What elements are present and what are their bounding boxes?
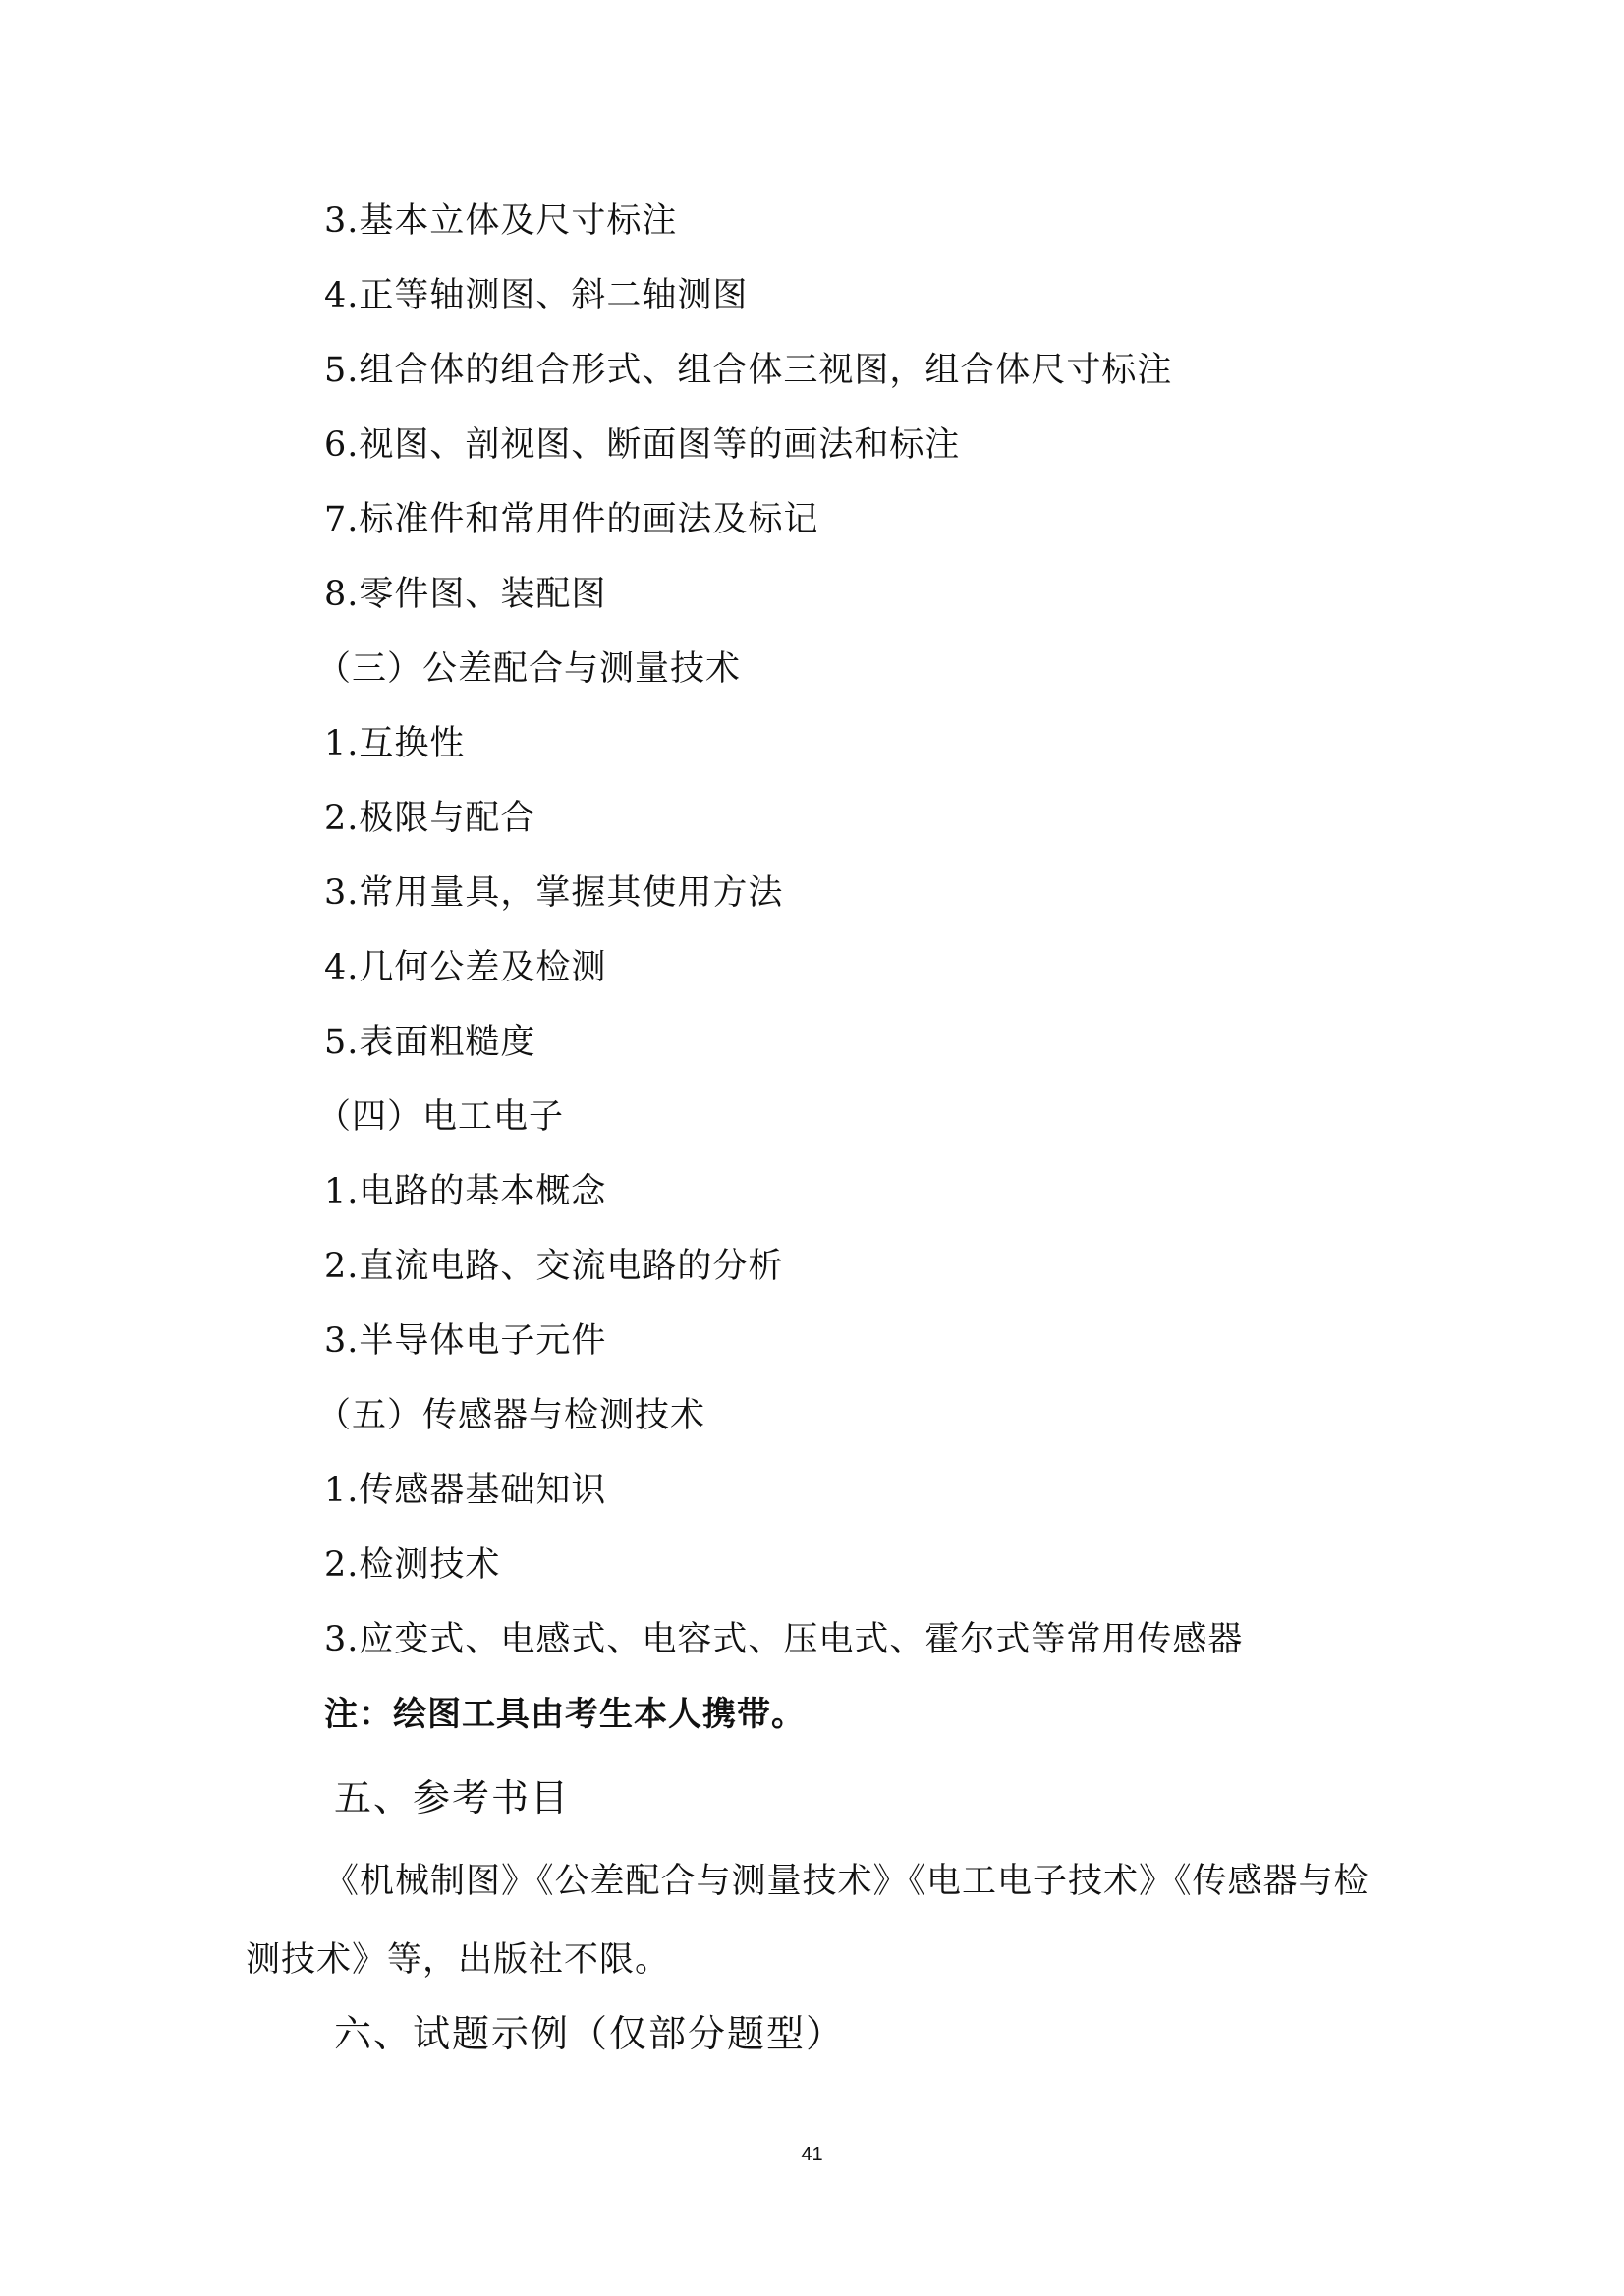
- list-item: 5.组合体的组合形式、组合体三视图，组合体尺寸标注: [324, 349, 1172, 392]
- paragraph: 《机械制图》《公差配合与测量技术》《电工电子技术》《传感器与检测技术》等，出版社…: [246, 1842, 1385, 1999]
- list-item: 4.正等轴测图、斜二轴测图: [324, 274, 748, 317]
- list-item: 1.传感器基础知识: [324, 1469, 606, 1512]
- list-item: 3.常用量具，掌握其使用方法: [324, 871, 783, 915]
- list-item: 2.检测技术: [324, 1543, 500, 1587]
- list-item: 1.电路的基本概念: [324, 1170, 606, 1213]
- list-item: 2.极限与配合: [324, 797, 535, 840]
- list-item: 1.互换性: [324, 722, 465, 765]
- subsection-title: （三）公差配合与测量技术: [316, 647, 741, 691]
- list-item: 7.标准件和常用件的画法及标记: [324, 498, 818, 541]
- list-item: 3.应变式、电感式、电容式、压电式、霍尔式等常用传感器: [324, 1618, 1243, 1661]
- note-text: 注：绘图工具由考生本人携带。: [324, 1693, 806, 1736]
- list-item: 2.直流电路、交流电路的分析: [324, 1245, 783, 1288]
- document-page: 3.基本立体及尺寸标注 4.正等轴测图、斜二轴测图 5.组合体的组合形式、组合体…: [0, 0, 1624, 2296]
- section-heading: 五、参考书目: [334, 1774, 570, 1821]
- list-item: 8.零件图、装配图: [324, 573, 606, 616]
- list-item: 6.视图、剖视图、断面图等的画法和标注: [324, 423, 960, 467]
- page-number: 41: [0, 2144, 1624, 2166]
- list-item: 3.基本立体及尺寸标注: [324, 199, 677, 243]
- list-item: 5.表面粗糙度: [324, 1021, 535, 1064]
- subsection-title: （四）电工电子: [316, 1095, 564, 1139]
- list-item: 4.几何公差及检测: [324, 946, 606, 989]
- subsection-title: （五）传感器与检测技术: [316, 1394, 705, 1437]
- section-heading: 六、试题示例（仅部分题型）: [334, 2010, 845, 2057]
- list-item: 3.半导体电子元件: [324, 1319, 606, 1363]
